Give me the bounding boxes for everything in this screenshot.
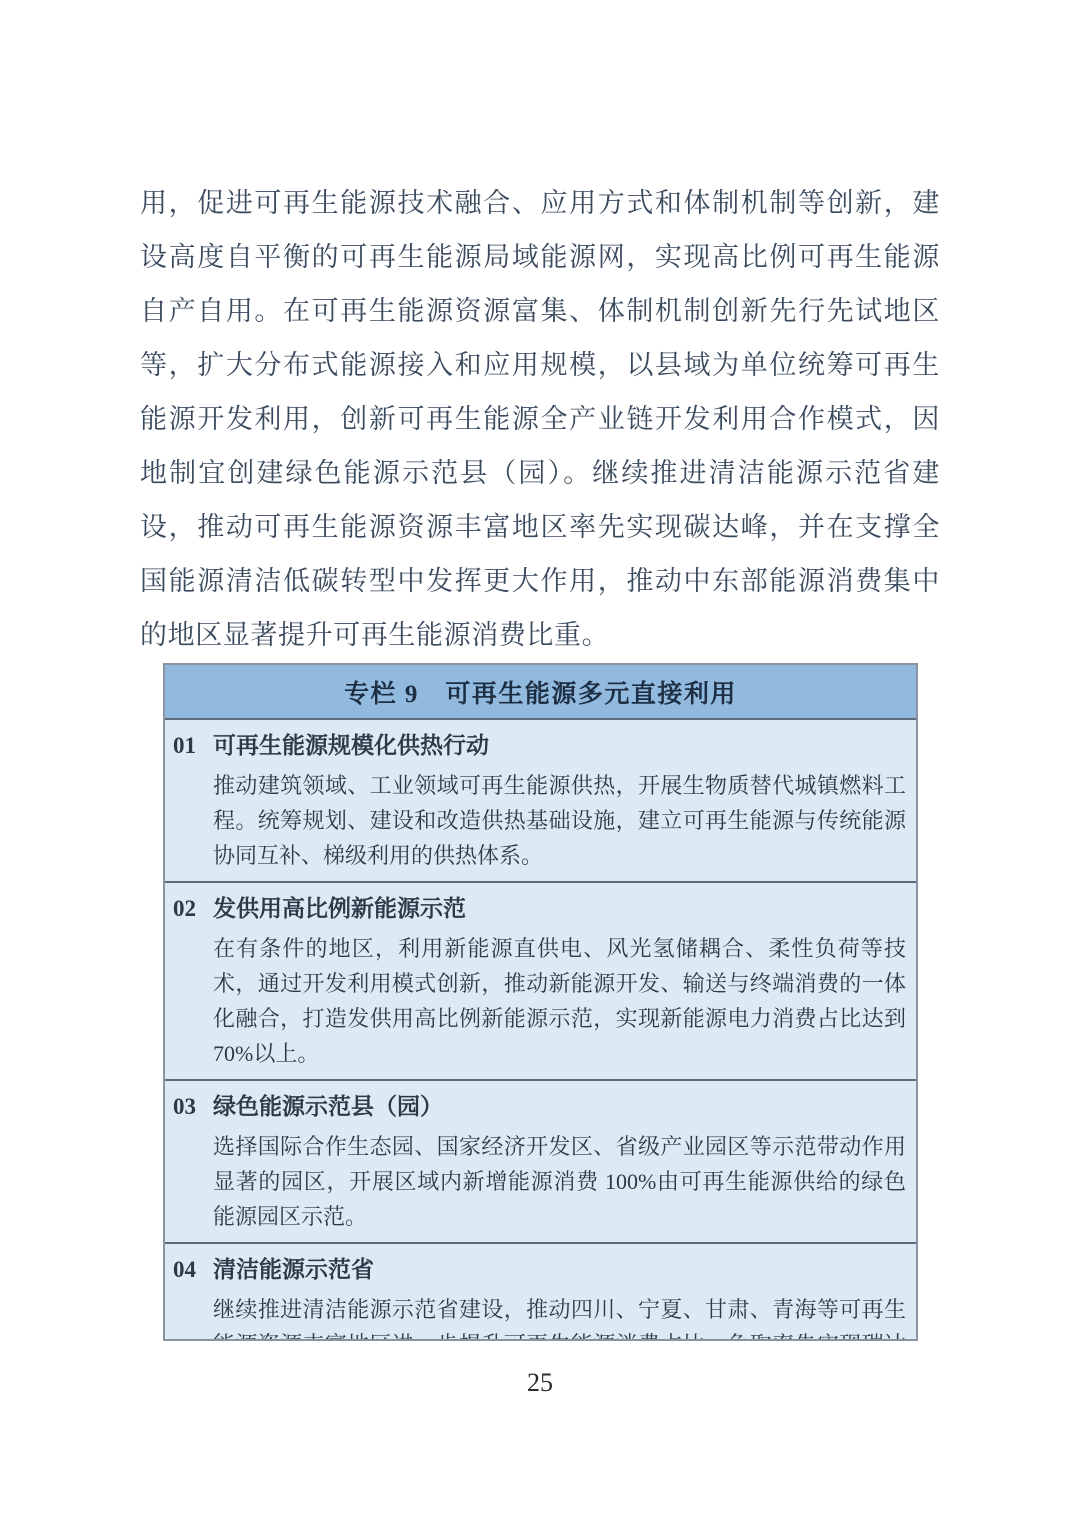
panel-body: 01可再生能源规模化供热行动 推动建筑领域、工业领域可再生能源供热，开展生物质替… bbox=[165, 720, 916, 1341]
section-body-text: 选择国际合作生态园、国家经济开发区、省级产业园区等示范带动作用显著的园区，开展区… bbox=[213, 1129, 906, 1234]
panel-box: 专栏 9 可再生能源多元直接利用 01可再生能源规模化供热行动 推动建筑领域、工… bbox=[163, 663, 918, 1341]
section-title: 03绿色能源示范县（园） bbox=[173, 1085, 906, 1129]
section-body-text: 在有条件的地区，利用新能源直供电、风光氢储耦合、柔性负荷等技术，通过开发利用模式… bbox=[213, 931, 906, 1071]
page-number: 25 bbox=[527, 1368, 553, 1397]
panel-section-03: 03绿色能源示范县（园） 选择国际合作生态园、国家经济开发区、省级产业园区等示范… bbox=[165, 1079, 916, 1242]
section-title: 01可再生能源规模化供热行动 bbox=[173, 724, 906, 768]
section-body-text: 继续推进清洁能源示范省建设，推动四川、宁夏、甘肃、青海等可再生能源资源丰富地区进… bbox=[213, 1292, 906, 1341]
panel-section-02: 02发供用高比例新能源示范 在有条件的地区，利用新能源直供电、风光氢储耦合、柔性… bbox=[165, 881, 916, 1079]
section-body-text: 推动建筑领域、工业领域可再生能源供热，开展生物质替代城镇燃料工程。统筹规划、建设… bbox=[213, 768, 906, 873]
panel-header: 专栏 9 可再生能源多元直接利用 bbox=[165, 665, 916, 720]
page-footer: 25 bbox=[0, 1368, 1080, 1398]
panel-section-01: 01可再生能源规模化供热行动 推动建筑领域、工业领域可再生能源供热，开展生物质替… bbox=[165, 720, 916, 881]
panel-title: 专栏 9 可再生能源多元直接利用 bbox=[344, 674, 737, 710]
section-number: 01 bbox=[173, 724, 203, 768]
section-title-text: 清洁能源示范省 bbox=[213, 1257, 374, 1282]
section-number: 02 bbox=[173, 887, 203, 931]
section-number: 04 bbox=[173, 1248, 203, 1292]
section-title: 04清洁能源示范省 bbox=[173, 1248, 906, 1292]
section-number: 03 bbox=[173, 1085, 203, 1129]
body-paragraph: 用，促进可再生能源技术融合、应用方式和体制机制等创新，建设高度自平衡的可再生能源… bbox=[140, 176, 940, 662]
section-title-text: 可再生能源规模化供热行动 bbox=[213, 733, 489, 758]
panel-section-04: 04清洁能源示范省 继续推进清洁能源示范省建设，推动四川、宁夏、甘肃、青海等可再… bbox=[165, 1242, 916, 1341]
section-title-text: 发供用高比例新能源示范 bbox=[213, 896, 466, 921]
section-title: 02发供用高比例新能源示范 bbox=[173, 887, 906, 931]
section-title-text: 绿色能源示范县（园） bbox=[213, 1094, 443, 1119]
document-page: 用，促进可再生能源技术融合、应用方式和体制机制等创新，建设高度自平衡的可再生能源… bbox=[0, 0, 1080, 1527]
